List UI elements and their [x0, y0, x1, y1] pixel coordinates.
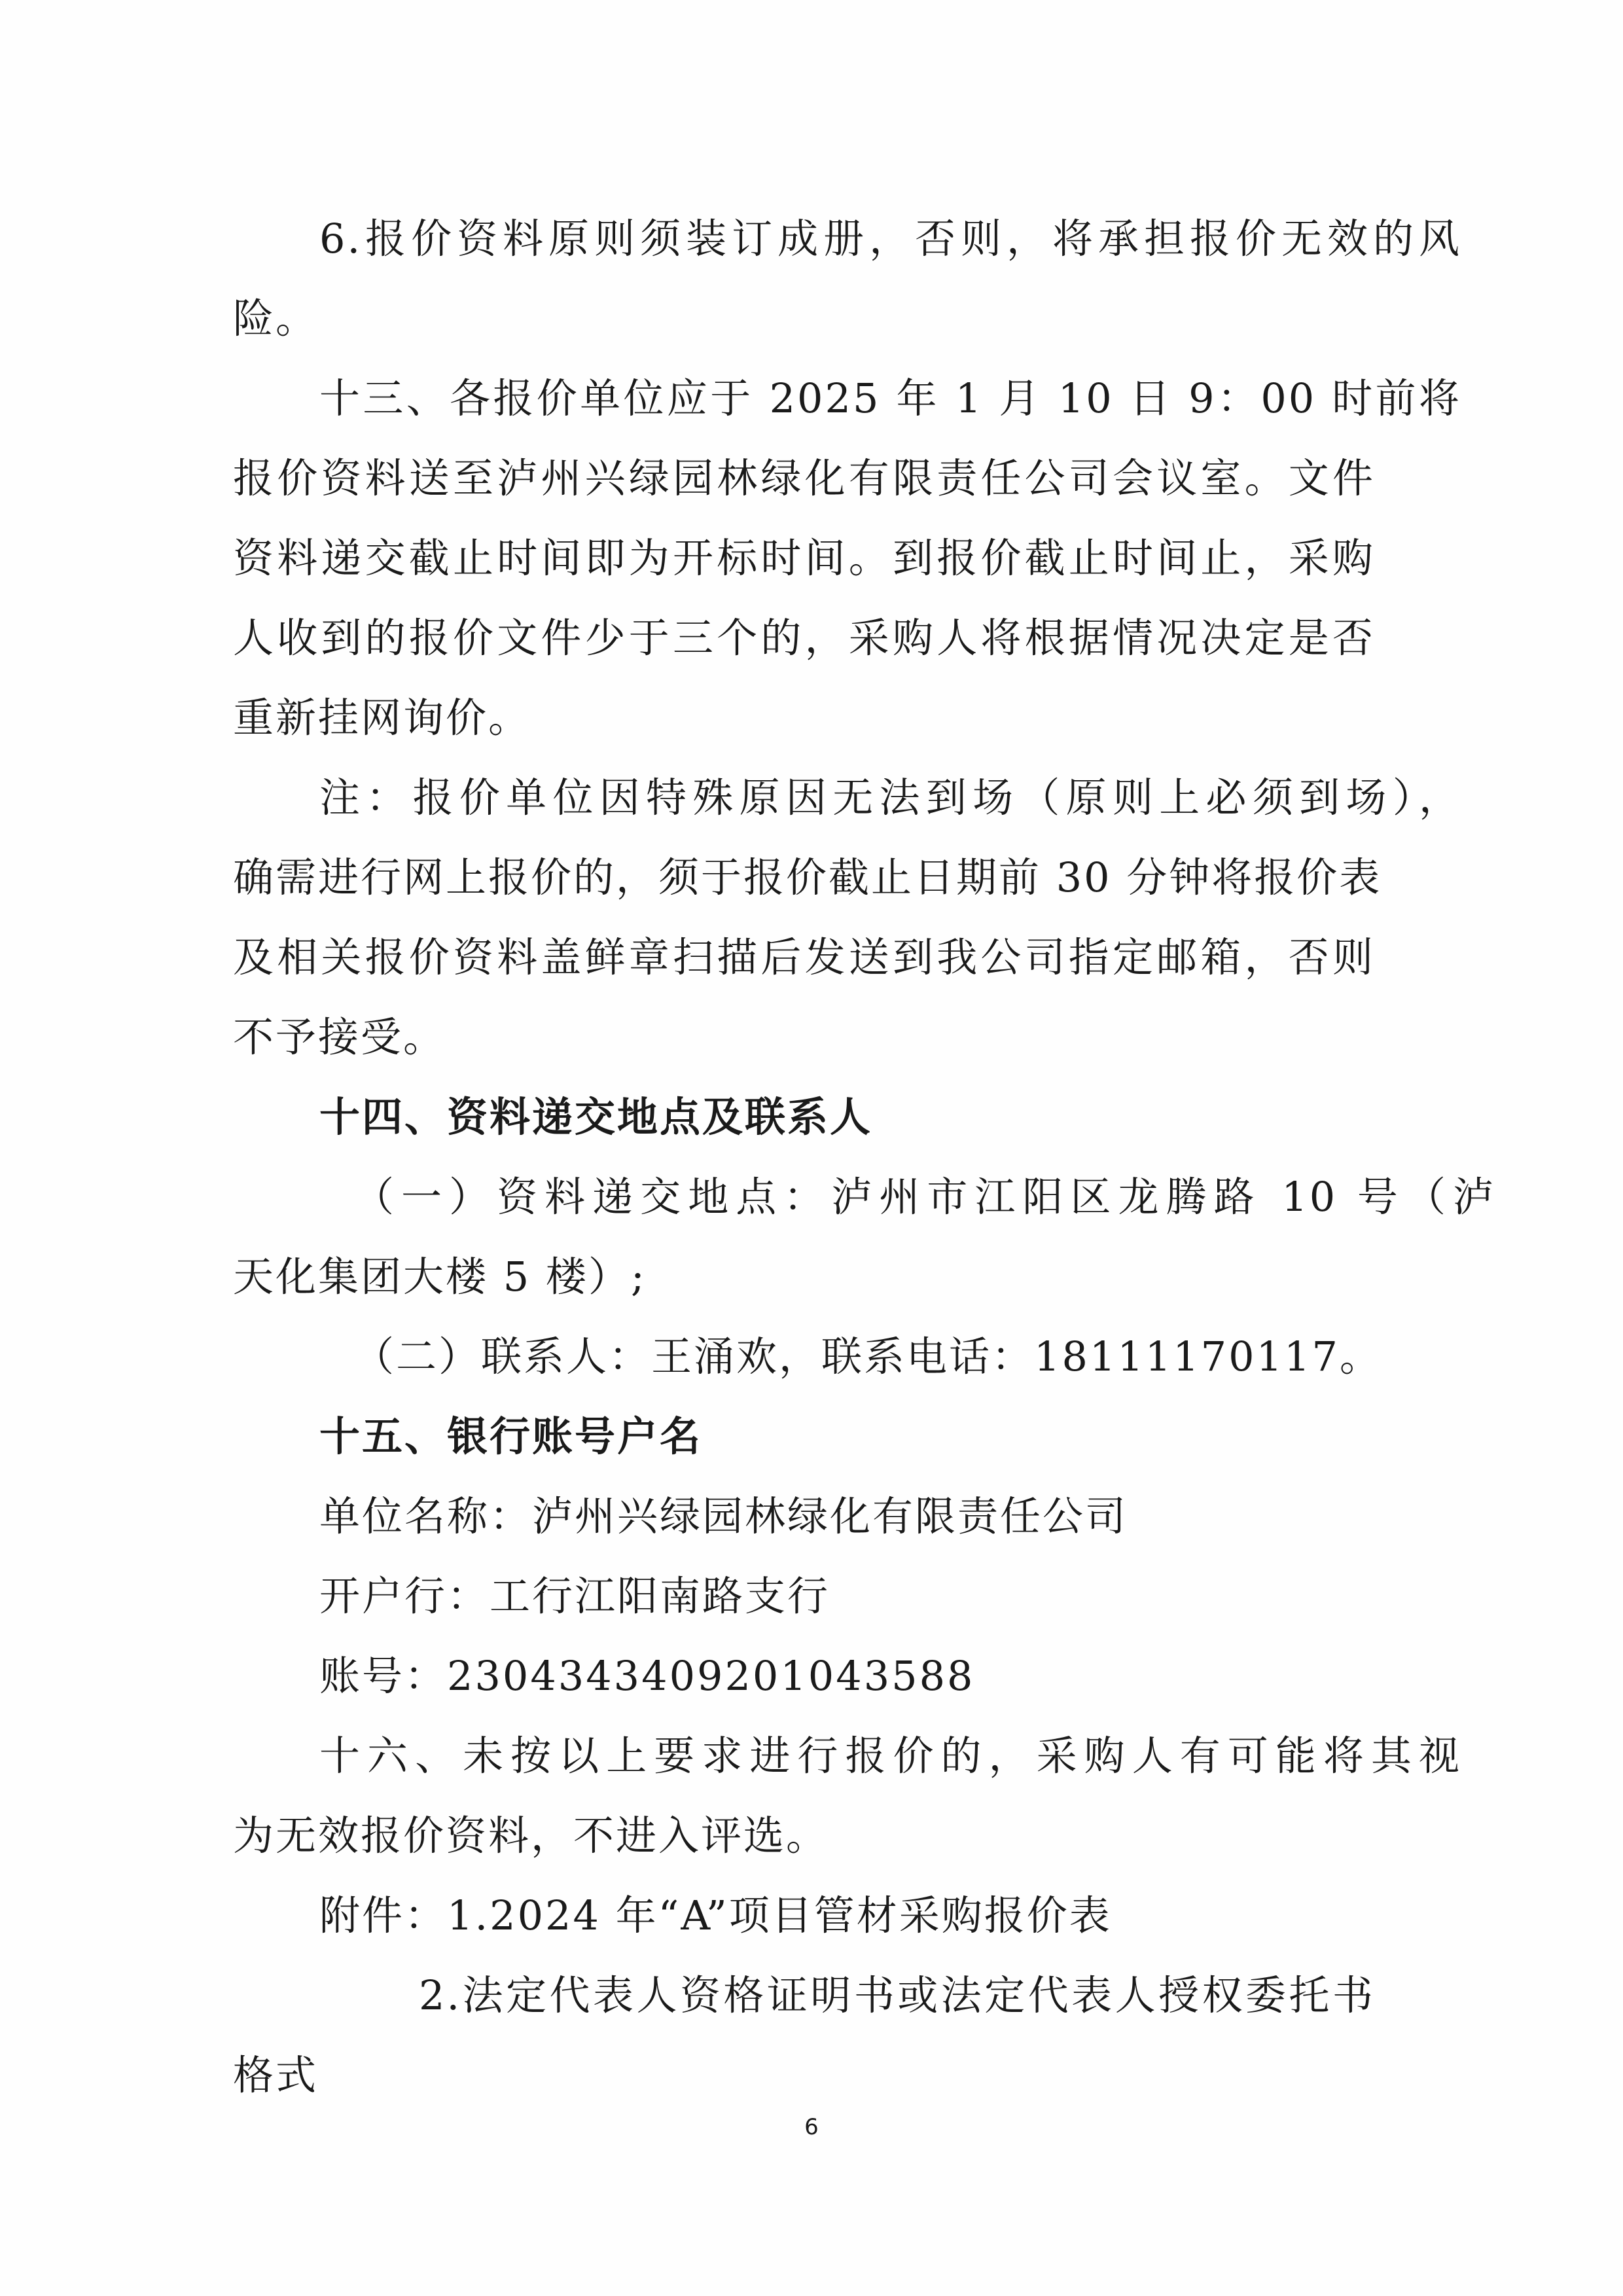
section-13-line-4: 人收到的报价文件少于三个的，采购人将根据情况决定是否 [233, 609, 1375, 668]
submission-address-continuation: 天化集团大楼 5 楼）; [233, 1247, 1375, 1306]
item-6-binding-requirement: 6.报价资料原则须装订成册，否则，将承担报价无效的风 [319, 209, 1461, 268]
note-line-4: 不予接受。 [233, 1008, 1375, 1067]
contact-person: （二）联系人：王涌欢，联系电话：18111170117。 [353, 1327, 1495, 1386]
attachment-2-continuation: 格式 [233, 2046, 1375, 2105]
item-6-continuation: 险。 [233, 289, 1375, 348]
section-16-invalid-quote: 十六、未按以上要求进行报价的，采购人有可能将其视 [319, 1727, 1461, 1785]
section-16-line-2: 为无效报价资料，不进入评选。 [233, 1806, 1375, 1865]
document-page: 6.报价资料原则须装订成册，否则，将承担报价无效的风 险。 十三、各报价单位应于… [0, 0, 1623, 2296]
page-number: 6 [0, 2114, 1623, 2140]
note-online-quote: 注：报价单位因特殊原因无法到场（原则上必须到场）， [319, 768, 1461, 827]
section-13-line-2: 报价资料送至泸州兴绿园林绿化有限责任公司会议室。文件 [233, 449, 1375, 508]
section-14-heading: 十四、资料递交地点及联系人 [319, 1088, 1461, 1147]
account-number: 账号：2304343409201043588 [319, 1647, 1461, 1706]
section-13-submission-deadline: 十三、各报价单位应于 2025 年 1 月 10 日 9：00 时前将 [319, 369, 1461, 428]
account-holder-name: 单位名称：泸州兴绿园林绿化有限责任公司 [319, 1487, 1461, 1546]
attachment-1: 附件：1.2024 年“A”项目管材采购报价表 [319, 1886, 1461, 1945]
section-13-line-5: 重新挂网询价。 [233, 689, 1375, 747]
section-13-line-3: 资料递交截止时间即为开标时间。到报价截止时间止，采购 [233, 529, 1375, 588]
attachment-2: 2.法定代表人资格证明书或法定代表人授权委托书 [419, 1966, 1375, 2025]
note-line-3: 及相关报价资料盖鲜章扫描后发送到我公司指定邮箱，否则 [233, 928, 1375, 987]
note-line-2: 确需进行网上报价的，须于报价截止日期前 30 分钟将报价表 [233, 848, 1375, 907]
section-15-heading: 十五、银行账号户名 [319, 1407, 1461, 1466]
bank-branch: 开户行：工行江阳南路支行 [319, 1567, 1461, 1626]
submission-address: （一）资料递交地点：泸州市江阳区龙腾路 10 号（泸 [353, 1168, 1495, 1227]
